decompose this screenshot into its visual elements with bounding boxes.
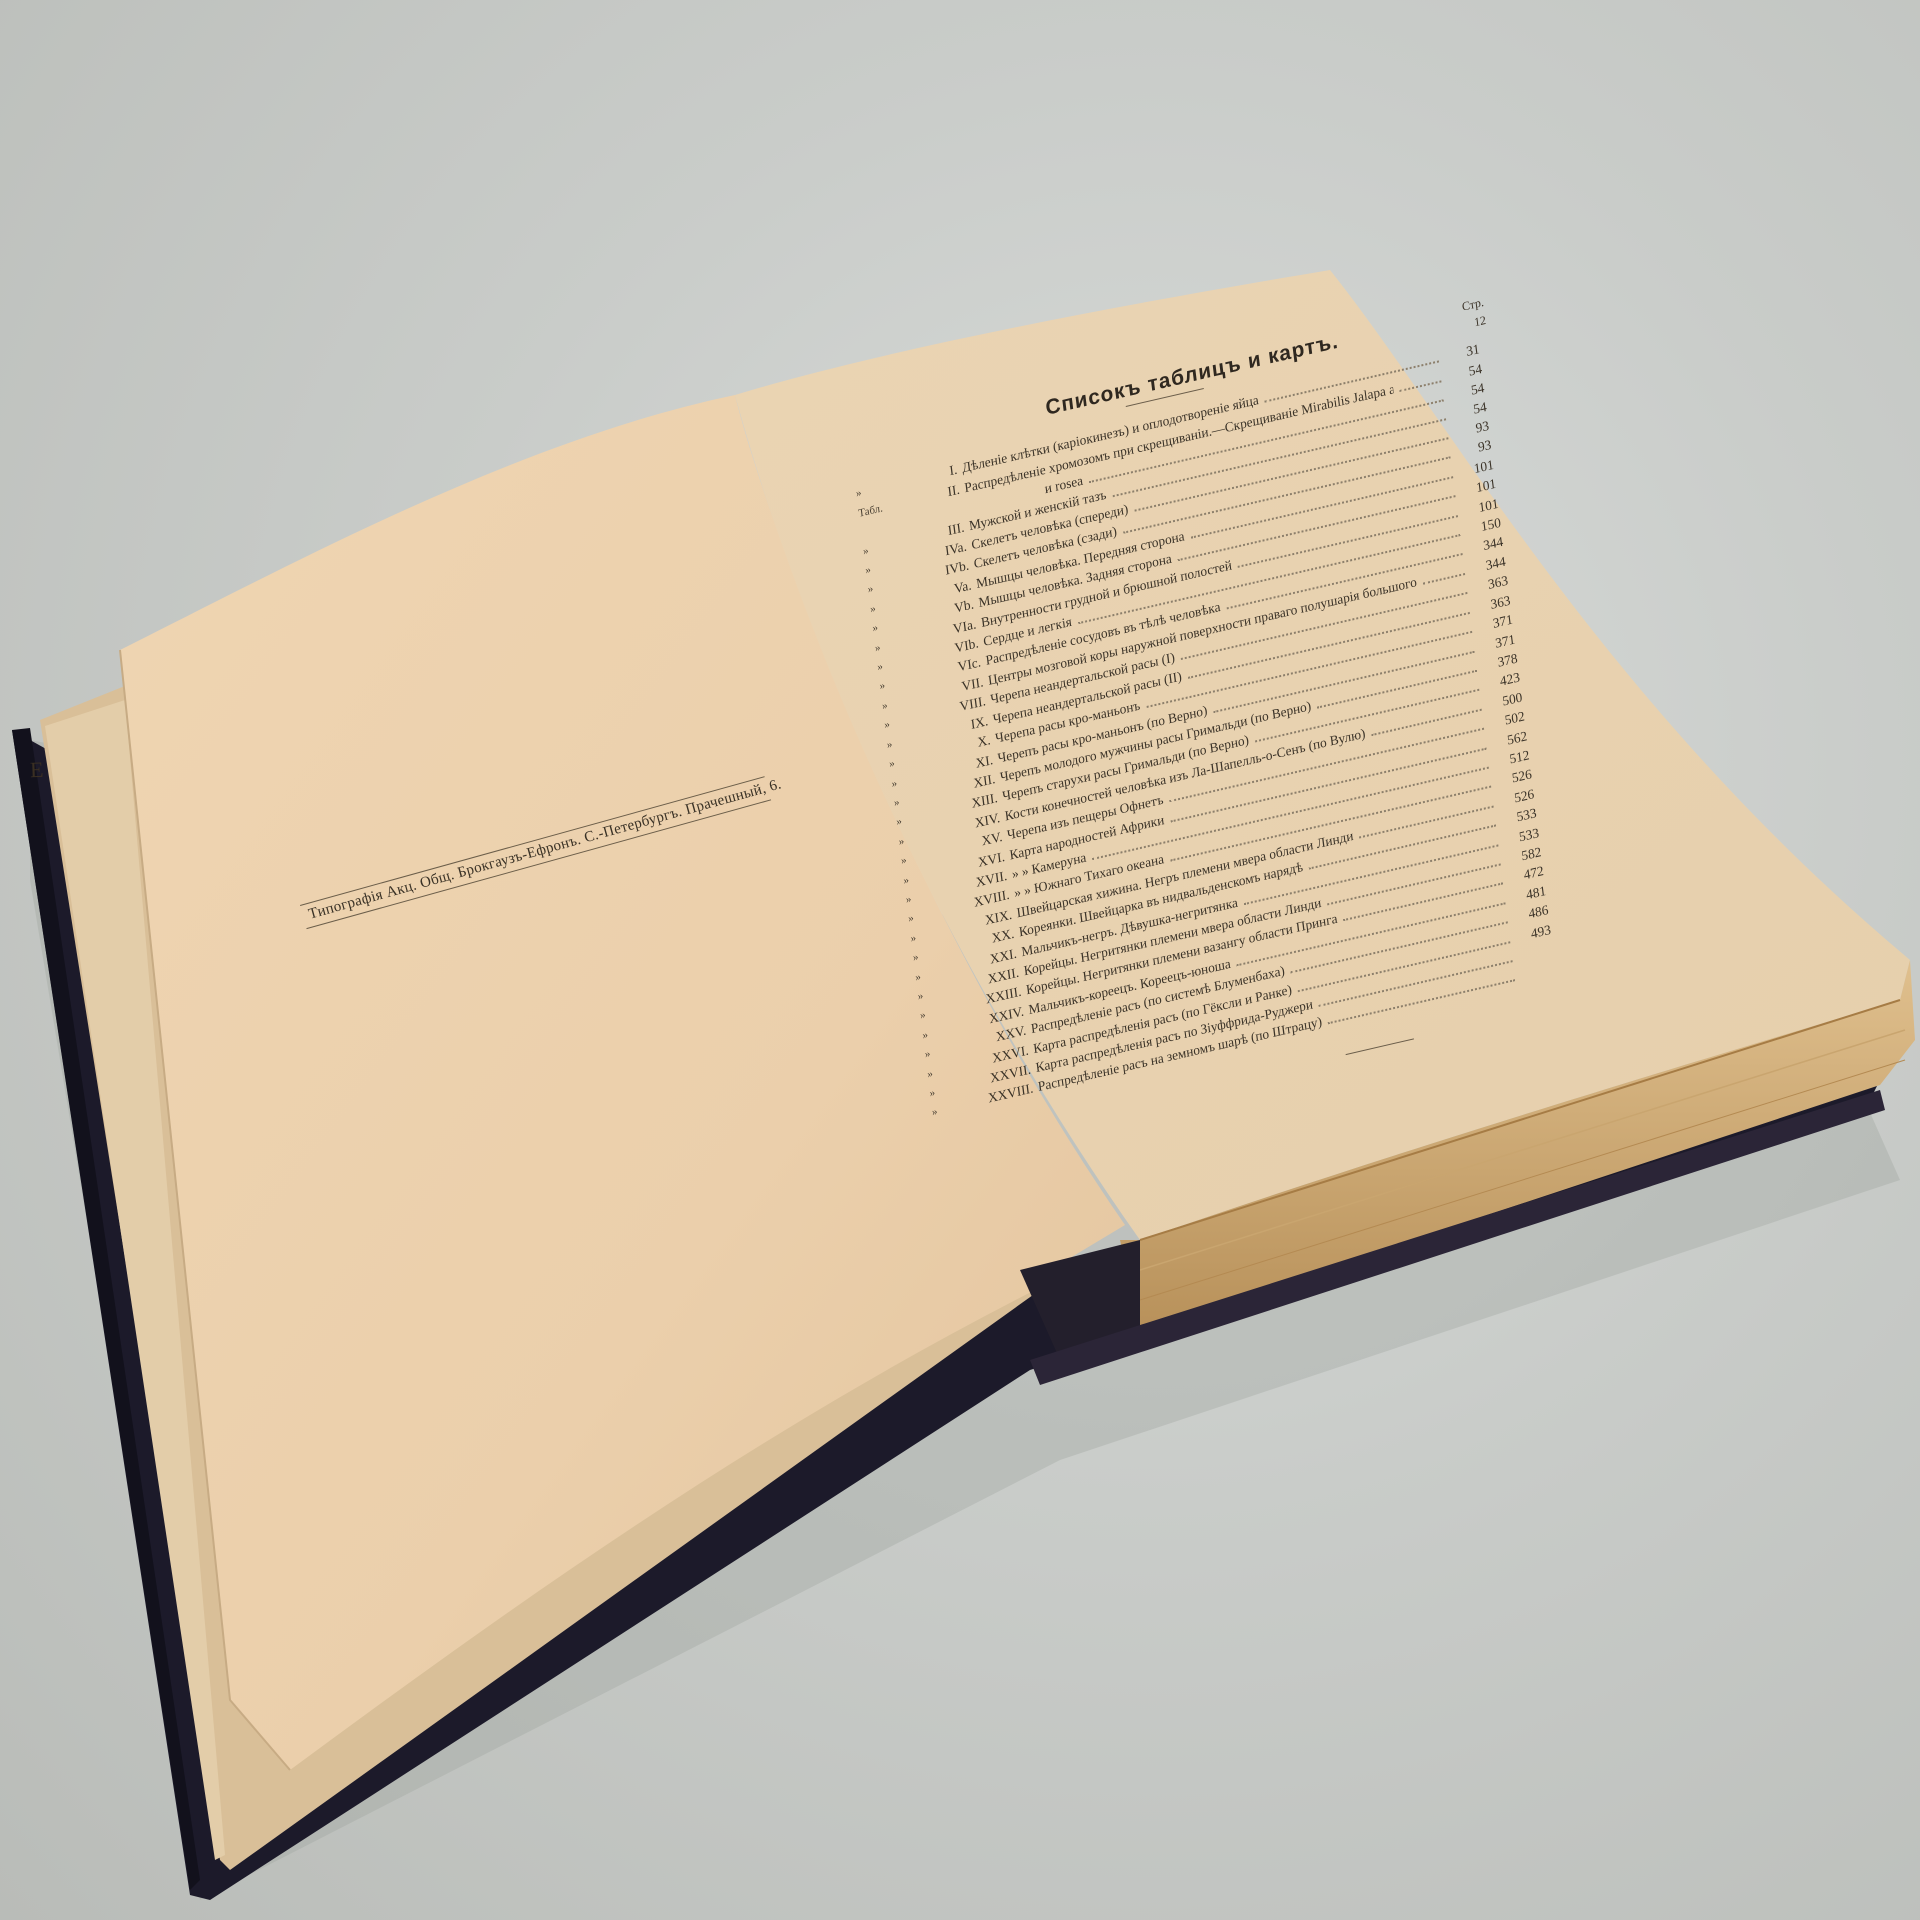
entry-page	[1521, 972, 1556, 980]
photo-scene: E Типографія Акц. Общ. Брокгаузъ-Ефронъ.…	[0, 0, 1920, 1920]
table-of-contents: Стр. 12 Списокъ таблицъ и картъ. »I.Дѣле…	[850, 301, 1560, 1149]
page-column-header: Стр. 12	[1461, 293, 1487, 335]
flyleaf-letter: E	[30, 760, 44, 780]
toc-entries: »I.Дѣленіе клѣтки (каріокинезъ) и оплодо…	[855, 340, 1557, 1122]
